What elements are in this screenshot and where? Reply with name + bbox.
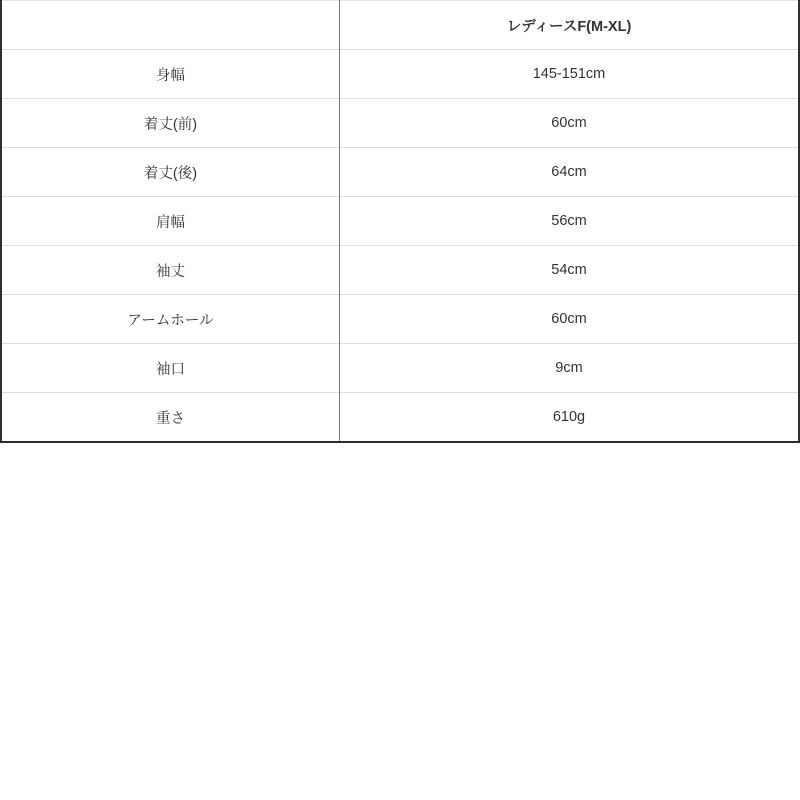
header-empty-cell xyxy=(1,1,340,50)
header-size-cell: レディースF(M-XL) xyxy=(340,1,800,50)
measurement-label: アームホール xyxy=(1,295,340,344)
measurement-label: 身幅 xyxy=(1,50,340,99)
table-body: 身幅145-151cm着丈(前)60cm着丈(後)64cm肩幅56cm袖丈54c… xyxy=(1,50,799,443)
table-row: 重さ610g xyxy=(1,393,799,443)
measurement-value: 610g xyxy=(340,393,800,443)
measurement-label: 着丈(前) xyxy=(1,99,340,148)
measurement-value: 60cm xyxy=(340,295,800,344)
measurement-value: 9cm xyxy=(340,344,800,393)
table-row: 着丈(前)60cm xyxy=(1,99,799,148)
table-row: 肩幅56cm xyxy=(1,197,799,246)
table-row: 着丈(後)64cm xyxy=(1,148,799,197)
measurement-label: 肩幅 xyxy=(1,197,340,246)
measurement-value: 60cm xyxy=(340,99,800,148)
page: レディースF(M-XL) 身幅145-151cm着丈(前)60cm着丈(後)64… xyxy=(0,0,800,800)
measurement-value: 64cm xyxy=(340,148,800,197)
table-header-row: レディースF(M-XL) xyxy=(1,1,799,50)
table-row: 袖丈54cm xyxy=(1,246,799,295)
measurement-label: 袖口 xyxy=(1,344,340,393)
measurement-label: 袖丈 xyxy=(1,246,340,295)
measurement-label: 重さ xyxy=(1,393,340,443)
measurement-value: 145-151cm xyxy=(340,50,800,99)
size-spec-table: レディースF(M-XL) 身幅145-151cm着丈(前)60cm着丈(後)64… xyxy=(0,0,800,443)
table-row: 袖口9cm xyxy=(1,344,799,393)
table-head: レディースF(M-XL) xyxy=(1,1,799,50)
measurement-label: 着丈(後) xyxy=(1,148,340,197)
measurement-value: 54cm xyxy=(340,246,800,295)
table-row: 身幅145-151cm xyxy=(1,50,799,99)
table-row: アームホール60cm xyxy=(1,295,799,344)
measurement-value: 56cm xyxy=(340,197,800,246)
